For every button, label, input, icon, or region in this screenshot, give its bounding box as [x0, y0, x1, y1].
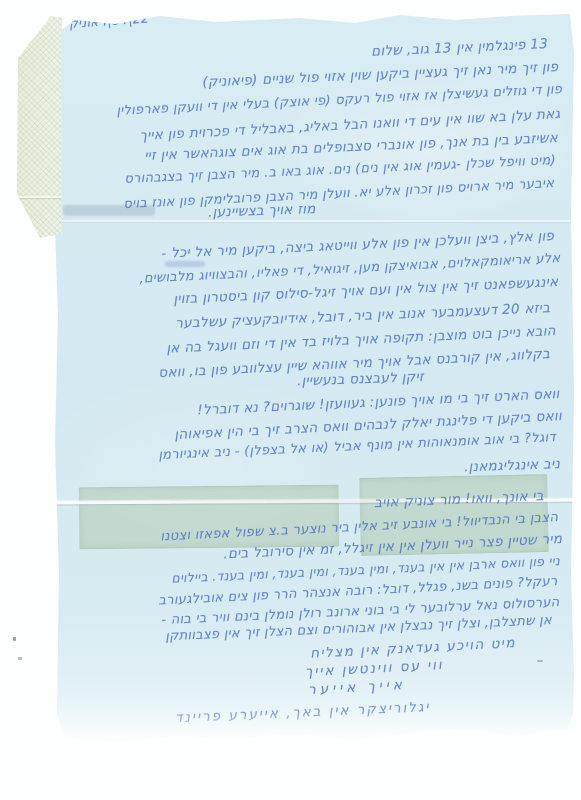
closing-line: אייך אייער — [308, 677, 406, 698]
scan-background: 22|I|84 אוניק 13 פינגלמין אין 13 גוב, של… — [0, 0, 581, 800]
scan-speck — [537, 660, 543, 662]
letter-page: 22|I|84 אוניק 13 פינגלמין אין 13 גוב, של… — [55, 14, 574, 744]
handwritten-line: 13 פינגלמין אין 13 גוב, שלום — [371, 36, 549, 60]
fold-crease — [57, 220, 572, 222]
scan-speck — [18, 657, 22, 660]
scan-speck — [13, 637, 16, 641]
handwritten-line: זיקן לעבצנס בנעשיין. — [297, 369, 424, 389]
tape-left-edge — [13, 16, 62, 238]
handwritten-line: מוז אויך בצשיינען. — [208, 201, 316, 221]
handwritten-line: ניב אינגליגמאנן. — [464, 456, 561, 475]
ink-smudge — [165, 261, 205, 267]
tape-crease — [13, 196, 62, 198]
signature-line: יגלוריצקר אין באך, אייערע פריינד — [174, 699, 430, 726]
date-line: 22|I|84 אוניק — [68, 10, 149, 31]
